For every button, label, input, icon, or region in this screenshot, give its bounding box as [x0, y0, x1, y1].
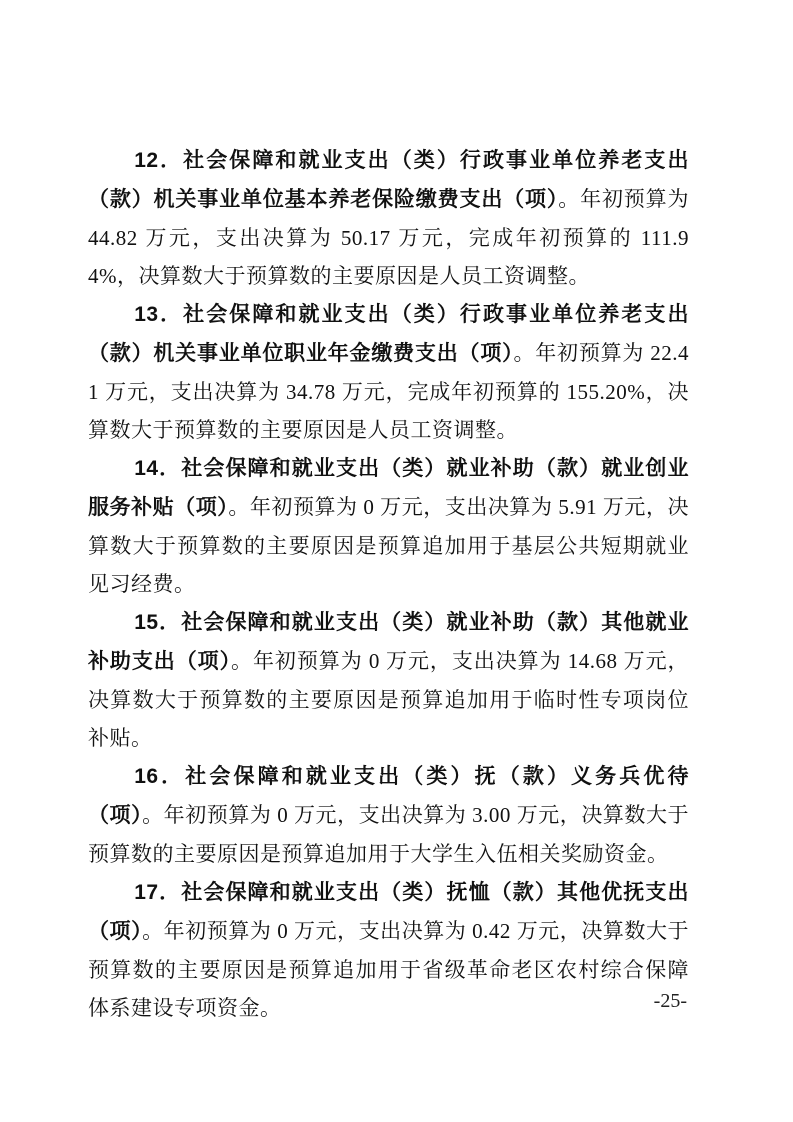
- document-body: 12．社会保障和就业支出（类）行政事业单位养老支出（款）机关事业单位基本养老保险…: [88, 141, 689, 1027]
- paragraph-14: 14．社会保障和就业支出（类）就业补助（款）就业创业服务补贴（项）。年初预算为 …: [88, 449, 689, 603]
- paragraph-17-text: 。年初预算为 0 万元，支出决算为 0.42 万元，决算数大于预算数的主要原因是…: [88, 919, 689, 1020]
- paragraph-16-text: 。年初预算为 0 万元，支出决算为 3.00 万元，决算数大于预算数的主要原因是…: [88, 803, 689, 866]
- paragraph-17: 17．社会保障和就业支出（类）抚恤（款）其他优抚支出（项）。年初预算为 0 万元…: [88, 873, 689, 1027]
- paragraph-13: 13．社会保障和就业支出（类）行政事业单位养老支出（款）机关事业单位职业年金缴费…: [88, 295, 689, 449]
- document-page: 12．社会保障和就业支出（类）行政事业单位养老支出（款）机关事业单位基本养老保险…: [0, 0, 793, 1122]
- paragraph-15: 15．社会保障和就业支出（类）就业补助（款）其他就业补助支出（项）。年初预算为 …: [88, 603, 689, 757]
- paragraph-16: 16．社会保障和就业支出（类）抚（款）义务兵优待（项）。年初预算为 0 万元，支…: [88, 757, 689, 873]
- page-number: -25-: [654, 990, 687, 1013]
- paragraph-12: 12．社会保障和就业支出（类）行政事业单位养老支出（款）机关事业单位基本养老保险…: [88, 141, 689, 295]
